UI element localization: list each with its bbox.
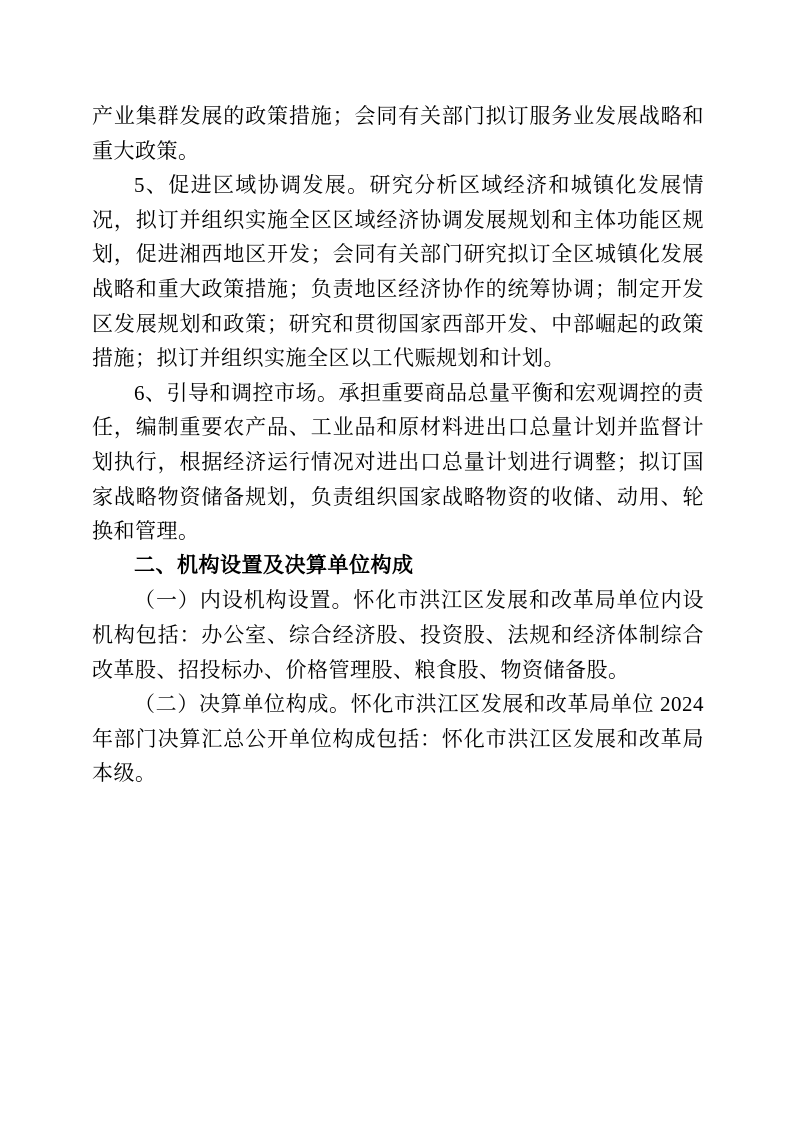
document-content: 产业集群发展的政策措施；会同有关部门拟订服务业发展战略和重大政策。 5、促进区域… (92, 99, 704, 791)
paragraph-continuation: 产业集群发展的政策措施；会同有关部门拟订服务业发展战略和重大政策。 (92, 99, 704, 168)
section-heading-organization: 二、机构设置及决算单位构成 (92, 549, 704, 584)
paragraph-item-5-regional-development: 5、促进区域协调发展。研究分析区域经济和城镇化发展情况，拟订并组织实施全区区域经… (92, 168, 704, 376)
paragraph-item-6-market-regulation: 6、引导和调控市场。承担重要商品总量平衡和宏观调控的责任，编制重要农产品、工业品… (92, 376, 704, 549)
paragraph-internal-organization: （一）内设机构设置。怀化市洪江区发展和改革局单位内设机构包括：办公室、综合经济股… (92, 583, 704, 687)
document-page: 产业集群发展的政策措施；会同有关部门拟订服务业发展战略和重大政策。 5、促进区域… (0, 0, 793, 1122)
paragraph-unit-composition: （二）决算单位构成。怀化市洪江区发展和改革局单位 2024 年部门决算汇总公开单… (92, 687, 704, 791)
